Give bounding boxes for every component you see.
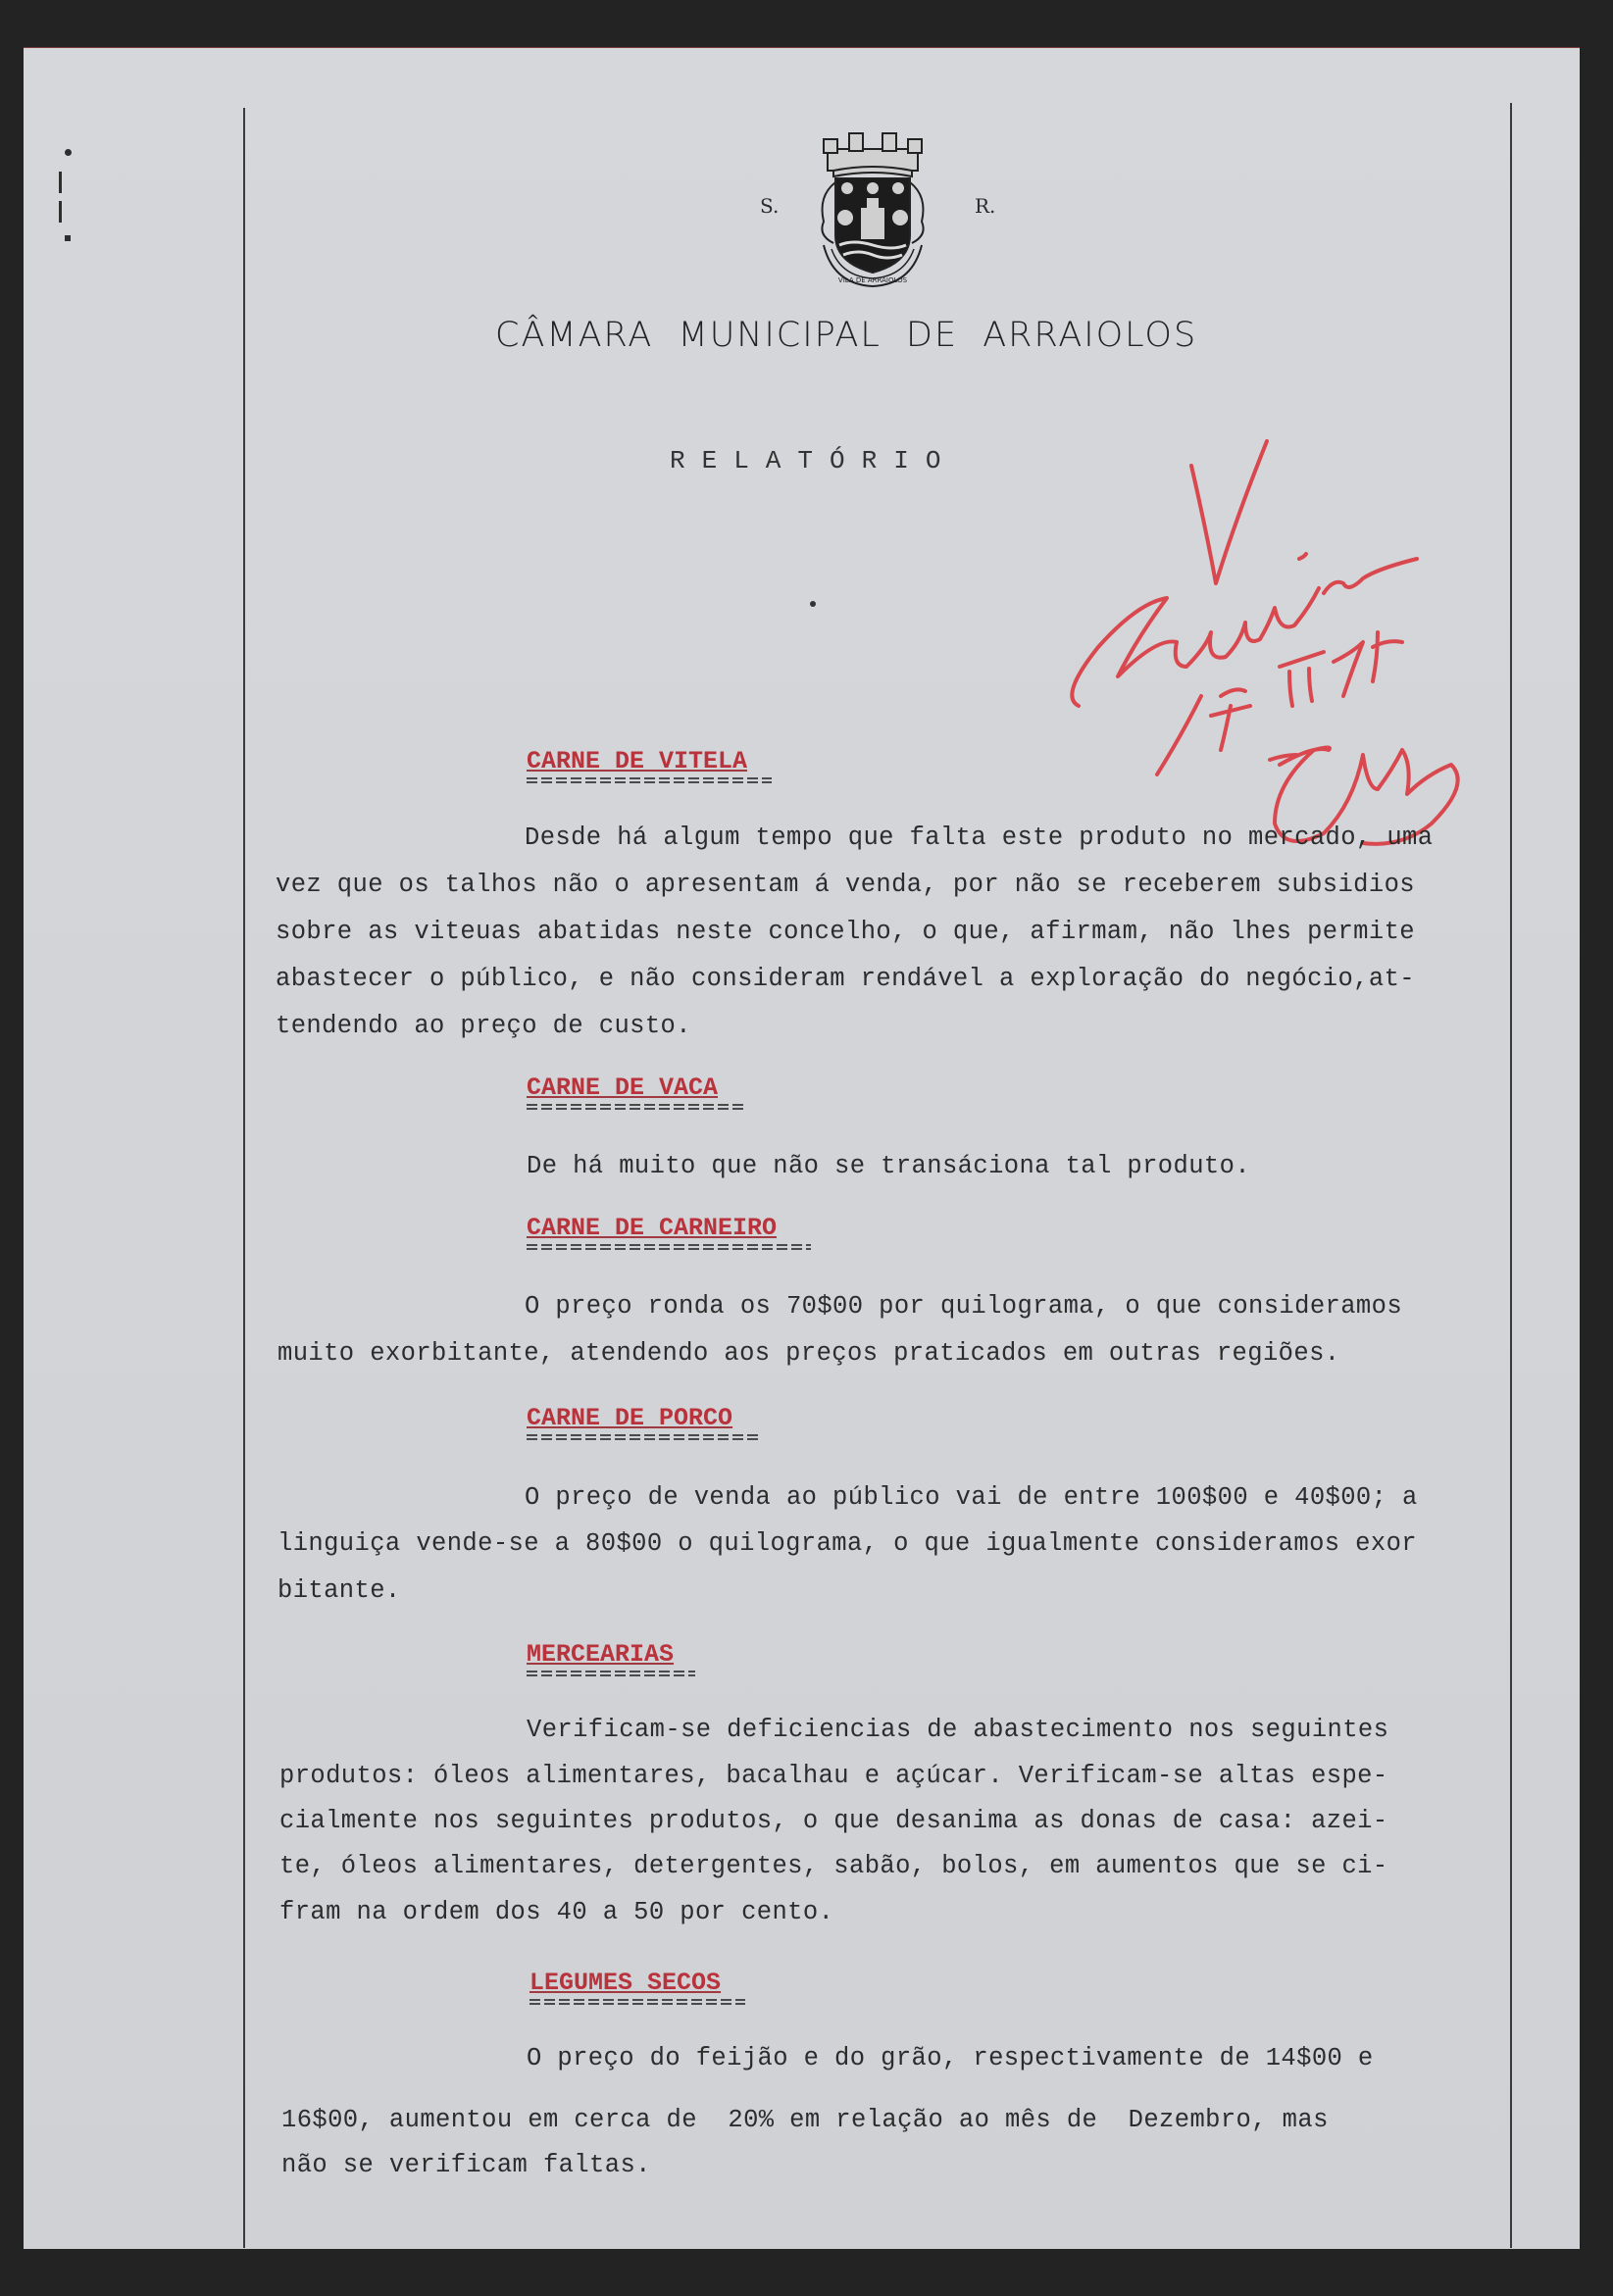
left-margin-rule [243, 108, 245, 2248]
checkmark-v-icon [1191, 441, 1267, 583]
municipal-crest-icon: VILA DE ARRAIOLOS [814, 127, 932, 289]
handwritten-annotation [1039, 412, 1530, 863]
section-heading: CARNE DE PORCO [527, 1404, 732, 1432]
paragraph-line: 16$00, aumentou em cerca de 20% em relaç… [281, 2106, 1329, 2134]
paragraph-line: produtos: óleos alimentares, bacalhau e … [279, 1762, 1388, 1790]
paragraph-line: tendendo ao preço de custo. [276, 1012, 691, 1040]
paragraph-line: Desde há algum tempo que falta este prod… [525, 824, 1433, 852]
punch-hole-mark [65, 235, 71, 241]
paragraph-line: vez que os talhos não o apresentam á ven… [276, 871, 1415, 899]
crest-motto: VILA DE ARRAIOLOS [838, 276, 908, 284]
paragraph-line: sobre as viteuas abatidas neste concelho… [276, 918, 1415, 946]
paragraph-line: linguiça vende-se a 80$00 o quilograma, … [277, 1529, 1417, 1558]
punch-hole-mark [59, 201, 62, 223]
heading-double-rule [527, 1671, 695, 1676]
right-initial: R. [975, 194, 995, 218]
heading-double-rule [527, 777, 772, 783]
section-heading: LEGUMES SECOS [529, 1969, 721, 1997]
heading-double-rule [527, 1434, 762, 1440]
heading-double-rule [527, 1244, 811, 1250]
section-heading: CARNE DE VACA [527, 1073, 718, 1102]
left-initial: S. [760, 194, 779, 218]
heading-double-rule [529, 1999, 745, 2005]
institution-title: CÂMARA MUNICIPAL DE ARRAIOLOS [495, 316, 1197, 355]
paragraph-line: bitante. [277, 1576, 401, 1605]
handwriting-date [1157, 632, 1402, 774]
heading-double-rule [527, 1104, 744, 1110]
paragraph-line: cialmente nos seguintes produtos, o que … [279, 1807, 1388, 1835]
paragraph-line: abastecer o público, e não consideram re… [276, 965, 1415, 993]
paragraph-line: te, óleos alimentares, detergentes, sabã… [279, 1852, 1388, 1880]
section-heading: CARNE DE CARNEIRO [527, 1214, 777, 1242]
stray-dot [810, 601, 816, 607]
paragraph-line: De há muito que não se transáciona tal p… [527, 1152, 1250, 1180]
document-type-title: RELATÓRIO [670, 446, 957, 475]
paragraph-line: Verificam-se deficiencias de abastecimen… [527, 1716, 1388, 1744]
punch-hole-mark [65, 149, 72, 156]
handwriting-arquivar [1072, 554, 1417, 706]
paragraph-line: O preço de venda ao público vai de entre… [525, 1483, 1418, 1512]
section-heading: MERCEARIAS [527, 1640, 674, 1669]
punch-hole-mark [59, 172, 62, 193]
paragraph-line: O preço do feijão e do grão, respectivam… [527, 2044, 1374, 2072]
paragraph-line: O preço ronda os 70$00 por quilograma, o… [525, 1292, 1402, 1321]
paragraph-line: muito exorbitante, atendendo aos preços … [277, 1339, 1339, 1368]
section-heading: CARNE DE VITELA [527, 747, 747, 775]
paragraph-line: não se verificam faltas. [281, 2151, 651, 2179]
paragraph-line: fram na ordem dos 40 a 50 por cento. [279, 1898, 833, 1926]
